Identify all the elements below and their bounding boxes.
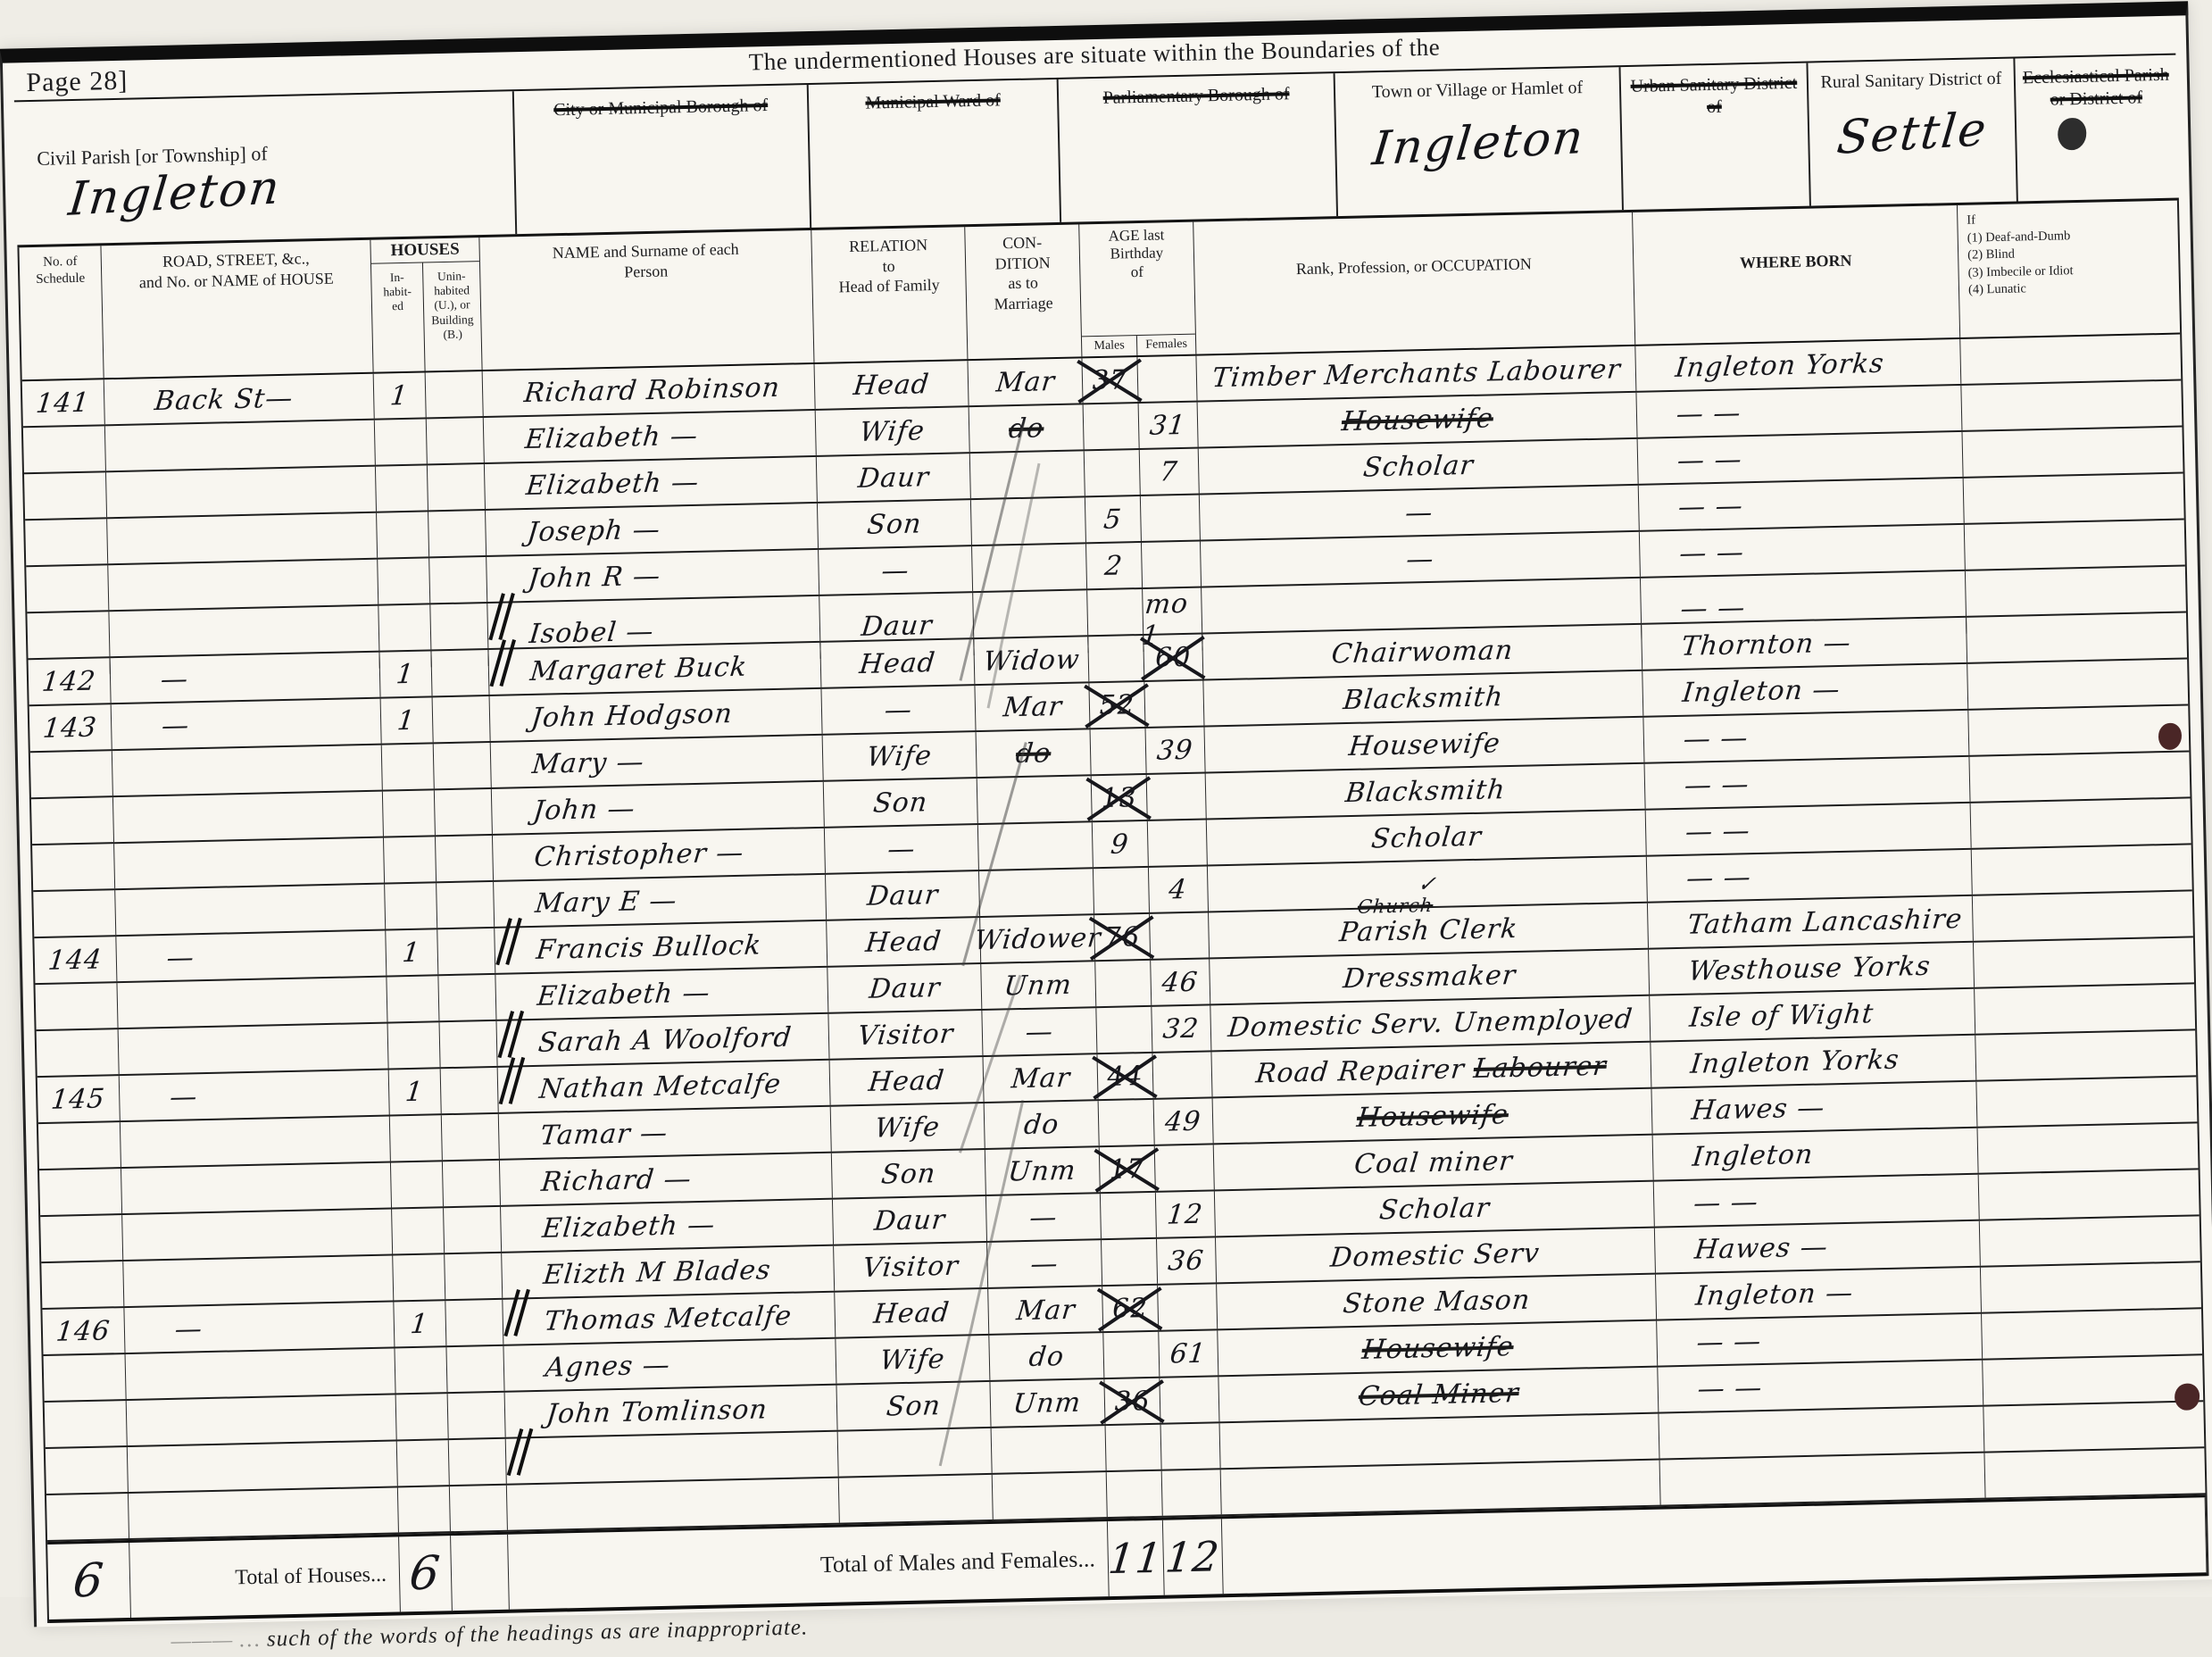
cell-age-female: 49 bbox=[1154, 1098, 1214, 1144]
cell-road: — bbox=[116, 931, 387, 982]
cell-condition: do bbox=[989, 1333, 1104, 1380]
cell-infirmities bbox=[1984, 1448, 2205, 1497]
cell-schedule bbox=[26, 565, 109, 612]
cell-occupation: Chairwoman bbox=[1202, 625, 1642, 679]
col-name: NAME and Surname of each Person bbox=[479, 230, 814, 370]
cell-age-female bbox=[1160, 1377, 1219, 1422]
cell-inhabited: 1 bbox=[389, 1069, 442, 1114]
cell-age-female bbox=[1147, 773, 1207, 819]
cell-schedule bbox=[25, 519, 108, 565]
cell-born: Ingleton bbox=[1653, 1128, 1979, 1180]
cell-schedule bbox=[39, 1169, 122, 1215]
cell-age-male: 36 bbox=[1104, 1378, 1160, 1424]
town-village-value: Ingleton bbox=[1334, 109, 1624, 179]
cell-uninhabited bbox=[450, 1486, 508, 1531]
col-relation: RELATION to Head of Family bbox=[811, 227, 968, 362]
cell-relation: Visitor bbox=[834, 1243, 988, 1291]
col-houses-group: HOUSES In- habit- ed Unin- habited (U.),… bbox=[370, 237, 482, 372]
cell-infirmities bbox=[1960, 335, 2181, 384]
cell-inhabited: 1 bbox=[379, 651, 432, 696]
cell-road bbox=[122, 1209, 393, 1260]
cell-name bbox=[506, 1432, 839, 1484]
page-title: The undermentioned Houses are situate wi… bbox=[749, 34, 1441, 77]
col-infirmities: If (1) Deaf-and-Dumb (2) Blind (3) Imbec… bbox=[1958, 201, 2180, 337]
cell-road bbox=[121, 1117, 391, 1168]
cell-relation: Wife bbox=[816, 407, 970, 455]
cell-uninhabited bbox=[438, 975, 496, 1020]
cell-age-female: 36 bbox=[1157, 1237, 1217, 1283]
cell-condition bbox=[979, 869, 1094, 916]
cell-occupation: Dressmaker bbox=[1210, 950, 1650, 1004]
cell-road: — bbox=[120, 1070, 390, 1121]
cell-condition: Unm bbox=[985, 1147, 1101, 1195]
cell-born: Ingleton Yorks bbox=[1651, 1036, 1976, 1087]
table-body: 141Back St—1Richard RobinsonHeadMar37Tim… bbox=[22, 335, 2206, 1542]
cell-schedule bbox=[44, 1354, 127, 1401]
col-uninhabited: Unin- habited (U.), or Building (B.) bbox=[423, 262, 482, 371]
cell-uninhabited bbox=[437, 882, 495, 928]
cell-uninhabited bbox=[428, 511, 486, 556]
cell-inhabited bbox=[383, 790, 436, 836]
cell-born bbox=[1660, 1453, 1986, 1505]
cell-name: Elizabeth — bbox=[495, 968, 828, 1020]
cell-condition: Widow bbox=[974, 637, 1089, 684]
cell-occupation: Domestic Serv. Unemployed bbox=[1210, 996, 1651, 1051]
cell-age-male: 17 bbox=[1100, 1146, 1156, 1192]
cell-uninhabited bbox=[440, 1021, 498, 1067]
totals-houses-label: Total of Houses... bbox=[129, 1536, 401, 1597]
cell-age-male bbox=[1096, 1007, 1152, 1053]
cell-name bbox=[507, 1478, 840, 1530]
cell-relation: Son bbox=[818, 500, 972, 548]
cell-inhabited bbox=[397, 1440, 450, 1486]
cell-inhabited bbox=[377, 512, 429, 557]
cell-infirmities bbox=[1982, 1309, 2202, 1358]
cell-occupation bbox=[1220, 1414, 1660, 1469]
census-sheet: The undermentioned Houses are situate wi… bbox=[0, 1, 2212, 1597]
rural-sanitary-value: Settle bbox=[1807, 101, 2018, 166]
cell-uninhabited bbox=[435, 789, 493, 835]
cell-infirmities bbox=[1967, 612, 2187, 662]
cell-name: Elizabeth — bbox=[501, 1200, 834, 1252]
cell-born: Hawes — bbox=[1651, 1082, 1977, 1134]
cell-name: Sarah A Woolford bbox=[497, 1014, 830, 1066]
cell-uninhabited bbox=[427, 418, 485, 463]
cell-inhabited: 1 bbox=[386, 929, 438, 975]
col-born: WHERE BORN bbox=[1633, 205, 1960, 345]
cell-road bbox=[128, 1441, 398, 1492]
cell-road bbox=[121, 1163, 392, 1214]
cell-age-female bbox=[1150, 912, 1210, 958]
cell-occupation: Scholar bbox=[1215, 1182, 1655, 1237]
cell-born: — — bbox=[1647, 850, 1973, 902]
cell-relation: — bbox=[825, 825, 979, 873]
cell-name: Christopher — bbox=[493, 828, 826, 880]
cell-condition: Mar bbox=[968, 358, 1083, 405]
page-number: Page 28] bbox=[26, 66, 129, 98]
cell-age-male bbox=[1099, 1100, 1155, 1145]
cell-born: — — bbox=[1645, 757, 1971, 809]
cell-name: John — bbox=[492, 782, 825, 834]
cell-occupation: Blacksmith bbox=[1206, 764, 1646, 819]
cell-uninhabited bbox=[444, 1207, 502, 1253]
cell-road: — bbox=[112, 699, 382, 750]
col-females: Females bbox=[1137, 335, 1195, 355]
cell-infirmities bbox=[1968, 705, 2189, 754]
cell-born: — — bbox=[1636, 386, 1962, 437]
cell-schedule bbox=[35, 983, 118, 1029]
cell-uninhabited bbox=[448, 1393, 506, 1438]
cell-age-male bbox=[1106, 1425, 1162, 1470]
cell-name: Elizabeth — bbox=[485, 457, 818, 509]
cell-age-female: 31 bbox=[1139, 403, 1199, 448]
cell-schedule: 143 bbox=[29, 704, 112, 751]
cell-occupation: Blacksmith bbox=[1203, 671, 1643, 726]
cell-uninhabited bbox=[442, 1114, 500, 1160]
cell-age-male bbox=[1107, 1471, 1163, 1517]
cell-uninhabited bbox=[446, 1346, 504, 1392]
census-scan: The undermentioned Houses are situate wi… bbox=[0, 0, 2212, 1597]
cell-relation: Head bbox=[820, 639, 975, 687]
cell-occupation: Scholar bbox=[1199, 439, 1639, 494]
cell-condition bbox=[992, 1426, 1107, 1473]
cell-inhabited bbox=[385, 883, 437, 928]
cell-occupation: Housewife bbox=[1213, 1089, 1653, 1144]
cell-road: — bbox=[111, 653, 381, 704]
field-municipal-borough: City or Municipal Borough of bbox=[514, 85, 811, 234]
cell-age-male: 2 bbox=[1086, 543, 1143, 588]
cell-condition: do bbox=[985, 1101, 1100, 1148]
cell-uninhabited bbox=[431, 650, 489, 695]
cell-uninhabited bbox=[445, 1300, 503, 1345]
totals-males-females-label: Total of Males and Females... bbox=[508, 1521, 1110, 1597]
cell-name: Richard Robinson bbox=[483, 364, 816, 416]
cell-inhabited bbox=[395, 1347, 447, 1393]
cell-born: Hawes — bbox=[1655, 1221, 1981, 1273]
cell-inhabited bbox=[392, 1208, 445, 1253]
cell-infirmities bbox=[1980, 1216, 2200, 1265]
cell-condition: Unm bbox=[990, 1379, 1105, 1427]
cell-born: — — bbox=[1638, 432, 1964, 484]
cell-inhabited: 1 bbox=[394, 1301, 446, 1346]
cell-inhabited bbox=[393, 1254, 445, 1300]
cell-age-female bbox=[1158, 1284, 1218, 1329]
cell-uninhabited bbox=[426, 371, 484, 417]
cell-schedule bbox=[33, 890, 116, 937]
cell-age-male bbox=[1084, 404, 1140, 449]
cell-schedule: 146 bbox=[42, 1308, 125, 1354]
cell-relation: Daur bbox=[826, 871, 980, 920]
cell-occupation: Stone Mason bbox=[1217, 1275, 1657, 1329]
cell-age-male: 44 bbox=[1097, 1053, 1153, 1099]
cell-age-male bbox=[1103, 1332, 1160, 1378]
cell-road: — bbox=[124, 1302, 395, 1353]
cell-occupation: Coal Miner bbox=[1218, 1368, 1659, 1422]
cell-age-female: 39 bbox=[1146, 727, 1206, 772]
cell-condition bbox=[970, 451, 1085, 498]
cell-occupation: Coal miner bbox=[1214, 1136, 1654, 1190]
cell-road bbox=[115, 885, 386, 936]
col-houses-label: HOUSES bbox=[370, 237, 479, 264]
cell-relation: Head bbox=[815, 361, 969, 409]
col-road: ROAD, STREET, &c., and No. or NAME of HO… bbox=[101, 240, 373, 379]
cell-age-male bbox=[1095, 961, 1152, 1006]
cell-schedule bbox=[46, 1447, 129, 1494]
cell-name: Agnes — bbox=[503, 1339, 836, 1391]
cell-condition bbox=[971, 497, 1086, 545]
cell-name: Richard — bbox=[500, 1153, 833, 1205]
cell-age-male: 5 bbox=[1085, 496, 1142, 542]
cell-age-male bbox=[1085, 450, 1141, 495]
cell-age-male: 76 bbox=[1094, 914, 1151, 960]
cell-schedule bbox=[24, 472, 107, 519]
cell-born: Tatham Lancashire bbox=[1648, 896, 1974, 948]
cell-infirmities bbox=[1965, 520, 2185, 570]
cell-road bbox=[117, 978, 387, 1028]
cell-born: — — bbox=[1639, 479, 1965, 530]
cell-condition: Unm bbox=[981, 962, 1096, 1009]
cell-age-female bbox=[1144, 681, 1204, 727]
parliamentary-borough-label: Parliamentary Borough of bbox=[1102, 83, 1289, 110]
col-condition: CON- DITION as to Marriage bbox=[965, 224, 1082, 359]
urban-sanitary-label: Urban Sanitary District of bbox=[1628, 72, 1800, 121]
col-inhabited: In- habit- ed bbox=[371, 262, 426, 371]
cell-born bbox=[1659, 1407, 1984, 1459]
cell-uninhabited bbox=[441, 1068, 499, 1113]
cell-name: John Hodgson bbox=[490, 689, 823, 741]
cell-age-female bbox=[1161, 1423, 1221, 1469]
cell-infirmities bbox=[1961, 381, 2182, 430]
cell-schedule bbox=[30, 751, 113, 797]
field-urban-sanitary: Urban Sanitary District of bbox=[1620, 63, 1810, 211]
cell-age-female bbox=[1152, 1052, 1212, 1097]
cell-road bbox=[107, 513, 378, 564]
cell-occupation: — bbox=[1201, 532, 1641, 587]
cell-uninhabited bbox=[433, 696, 491, 742]
cell-condition: do bbox=[977, 729, 1092, 777]
cell-condition: Mar bbox=[975, 683, 1090, 730]
cell-uninhabited bbox=[445, 1253, 503, 1299]
cell-infirmities bbox=[1983, 1402, 2204, 1451]
cell-occupation: Domestic Serv bbox=[1216, 1228, 1656, 1283]
cell-infirmities bbox=[1975, 984, 2195, 1033]
municipal-ward-label: Municipal Ward of bbox=[865, 89, 1001, 114]
field-municipal-ward: Municipal Ward of bbox=[809, 79, 1061, 228]
cell-born: Isle of Wight bbox=[1650, 989, 1975, 1041]
cell-schedule bbox=[23, 426, 106, 472]
cell-schedule bbox=[32, 844, 115, 890]
cell-relation: — bbox=[821, 686, 976, 734]
cell-condition bbox=[993, 1472, 1108, 1520]
cell-inhabited bbox=[382, 744, 435, 789]
cell-name: John R — bbox=[486, 550, 819, 602]
rural-sanitary-label: Rural Sanitary District of bbox=[1820, 68, 2001, 94]
cell-born: Thornton — bbox=[1642, 618, 1967, 670]
cell-uninhabited bbox=[437, 928, 495, 974]
cell-occupation: ChurchParish Clerk bbox=[1209, 903, 1649, 958]
cell-infirmities bbox=[1976, 1077, 2197, 1126]
cell-inhabited bbox=[376, 465, 428, 511]
cell-uninhabited bbox=[449, 1439, 507, 1485]
cell-relation: Wife bbox=[823, 732, 977, 780]
cell-name: Nathan Metcalfe bbox=[498, 1061, 831, 1112]
cell-age-female bbox=[1155, 1145, 1215, 1190]
totals-males-value: 11 bbox=[1108, 1520, 1165, 1596]
cell-occupation: Road Repairer Labourer bbox=[1211, 1043, 1651, 1097]
ecclesiastical-parish-label: Ecclesiastical Parish or District of bbox=[2022, 64, 2171, 112]
cell-inhabited: 1 bbox=[374, 372, 427, 418]
cell-born: — — bbox=[1646, 804, 1972, 855]
cell-schedule bbox=[46, 1494, 129, 1540]
field-civil-parish: Civil Parish [or Township] of Ingleton bbox=[14, 91, 517, 245]
cell-inhabited bbox=[387, 976, 439, 1021]
cell-relation: Daur bbox=[833, 1196, 987, 1245]
cell-uninhabited bbox=[436, 836, 494, 881]
cell-age-female: 12 bbox=[1156, 1191, 1216, 1237]
cell-born: Ingleton — bbox=[1656, 1268, 1982, 1320]
cell-road: Back St— bbox=[104, 374, 375, 425]
cell-inhabited bbox=[391, 1162, 444, 1207]
cell-condition: Mar bbox=[984, 1054, 1099, 1102]
cell-relation: Son bbox=[832, 1150, 986, 1198]
cell-schedule: 141 bbox=[22, 379, 105, 426]
cell-infirmities bbox=[1979, 1170, 2200, 1219]
cell-age-female bbox=[1148, 820, 1208, 865]
cell-road bbox=[123, 1255, 394, 1306]
cell-inhabited bbox=[396, 1394, 449, 1439]
cell-relation: Wife bbox=[836, 1336, 990, 1384]
cell-age-male: 13 bbox=[1092, 775, 1148, 820]
cell-name: Joseph — bbox=[486, 504, 819, 555]
cell-name: Francis Bullock bbox=[495, 921, 827, 973]
cell-road bbox=[126, 1348, 396, 1399]
cell-age-male bbox=[1091, 729, 1147, 774]
cell-age-male bbox=[1102, 1239, 1158, 1285]
cell-relation: Daur bbox=[827, 964, 982, 1012]
cell-born: — — bbox=[1643, 711, 1969, 762]
cell-occupation: Housewife bbox=[1205, 718, 1645, 772]
cell-infirmities bbox=[1971, 798, 2191, 847]
cell-relation: Daur bbox=[817, 454, 971, 502]
cell-age-male bbox=[1088, 636, 1144, 681]
cell-schedule bbox=[31, 797, 114, 844]
cell-age-male bbox=[1094, 868, 1150, 913]
cell-name: Margaret Buck bbox=[488, 643, 821, 695]
col-schedule: No. of Schedule bbox=[19, 246, 104, 379]
col-age-label: AGE last Birthday of bbox=[1079, 222, 1195, 337]
cell-schedule: 145 bbox=[37, 1076, 121, 1122]
cell-age-female: 7 bbox=[1140, 449, 1200, 495]
cell-infirmities bbox=[1972, 845, 2192, 894]
cell-occupation: Timber Merchants Labourer bbox=[1196, 346, 1636, 401]
cell-born: Ingleton Yorks bbox=[1635, 339, 1961, 391]
cell-age-male bbox=[1101, 1193, 1157, 1238]
cell-infirmities bbox=[1962, 428, 2183, 477]
cell-schedule bbox=[37, 1029, 120, 1076]
cell-name: Elizth M Blades bbox=[502, 1246, 835, 1298]
cell-occupation: — bbox=[1200, 486, 1640, 540]
cell-occupation bbox=[1221, 1461, 1661, 1515]
cell-age-female: 46 bbox=[1151, 959, 1210, 1004]
cell-uninhabited bbox=[428, 464, 486, 510]
cell-inhabited bbox=[388, 1022, 441, 1068]
cell-born: Ingleton — bbox=[1642, 664, 1968, 716]
cell-schedule: 142 bbox=[29, 658, 112, 704]
cell-relation: Head bbox=[835, 1289, 989, 1337]
cell-relation bbox=[839, 1475, 994, 1523]
cell-relation: Son bbox=[836, 1382, 991, 1430]
cell-relation: Wife bbox=[831, 1103, 985, 1152]
cell-born: — — bbox=[1658, 1361, 1983, 1412]
cell-name: Tamar — bbox=[499, 1107, 832, 1159]
cell-road bbox=[119, 1024, 389, 1075]
field-town-village: Town or Village or Hamlet of Ingleton bbox=[1335, 67, 1624, 216]
cell-road bbox=[106, 467, 377, 518]
cell-name: John Tomlinson bbox=[505, 1386, 838, 1437]
cell-age-female: 60 bbox=[1143, 635, 1203, 680]
field-ecclesiastical-parish: Ecclesiastical Parish or District of bbox=[2015, 55, 2178, 202]
cell-relation bbox=[838, 1428, 993, 1477]
cell-age-female: 61 bbox=[1159, 1330, 1218, 1376]
cell-condition bbox=[977, 776, 1093, 823]
col-occupation: Rank, Profession, or OCCUPATION bbox=[1193, 212, 1635, 354]
cell-age-female bbox=[1142, 542, 1202, 587]
cell-born: — — bbox=[1654, 1175, 1980, 1227]
cell-occupation: Housewife bbox=[1218, 1321, 1658, 1376]
cell-inhabited bbox=[375, 419, 428, 464]
cell-road bbox=[127, 1395, 397, 1445]
cell-age-female bbox=[1141, 495, 1201, 541]
cell-uninhabited bbox=[429, 557, 487, 603]
cell-infirmities bbox=[1983, 1355, 2203, 1404]
cell-inhabited bbox=[390, 1115, 443, 1161]
col-age-group: AGE last Birthday of Males Females bbox=[1079, 222, 1196, 357]
cell-inhabited bbox=[398, 1486, 451, 1532]
cell-relation: Head bbox=[830, 1057, 985, 1105]
totals-houses-value: 6 bbox=[399, 1536, 453, 1597]
cell-schedule bbox=[41, 1261, 124, 1308]
cell-condition bbox=[972, 544, 1087, 591]
field-rural-sanitary: Rural Sanitary District of Settle bbox=[1808, 59, 2017, 206]
cell-schedule: 144 bbox=[34, 937, 117, 983]
cell-infirmities bbox=[1973, 891, 2193, 940]
cell-name: Thomas Metcalfe bbox=[503, 1293, 836, 1345]
cell-inhabited bbox=[378, 558, 430, 604]
cell-born: — — bbox=[1640, 525, 1966, 577]
totals-uninhabited bbox=[451, 1535, 510, 1597]
cell-road bbox=[112, 745, 383, 796]
town-village-label: Town or Village or Hamlet of bbox=[1372, 77, 1584, 104]
cell-condition: — bbox=[986, 1194, 1102, 1241]
cell-infirmities bbox=[1974, 937, 2194, 987]
cell-age-female bbox=[1162, 1470, 1222, 1515]
cell-infirmities bbox=[1964, 474, 2184, 523]
cell-infirmities bbox=[1978, 1123, 2199, 1172]
cell-infirmities bbox=[1967, 659, 2188, 708]
cell-condition: Widower bbox=[980, 915, 1095, 962]
cell-born: — — bbox=[1657, 1314, 1983, 1366]
cell-name: Mary E — bbox=[494, 875, 827, 927]
cell-age-male: 37 bbox=[1082, 357, 1138, 403]
cell-age-female: 4 bbox=[1149, 866, 1209, 912]
cell-age-male: 52 bbox=[1089, 682, 1145, 728]
cell-schedule bbox=[40, 1215, 123, 1261]
cell-age-female bbox=[1137, 356, 1197, 402]
cell-relation: Visitor bbox=[828, 1011, 983, 1059]
cell-condition: do bbox=[969, 404, 1085, 452]
cell-infirmities bbox=[1975, 1030, 2196, 1079]
cell-age-female: 32 bbox=[1152, 1005, 1211, 1051]
